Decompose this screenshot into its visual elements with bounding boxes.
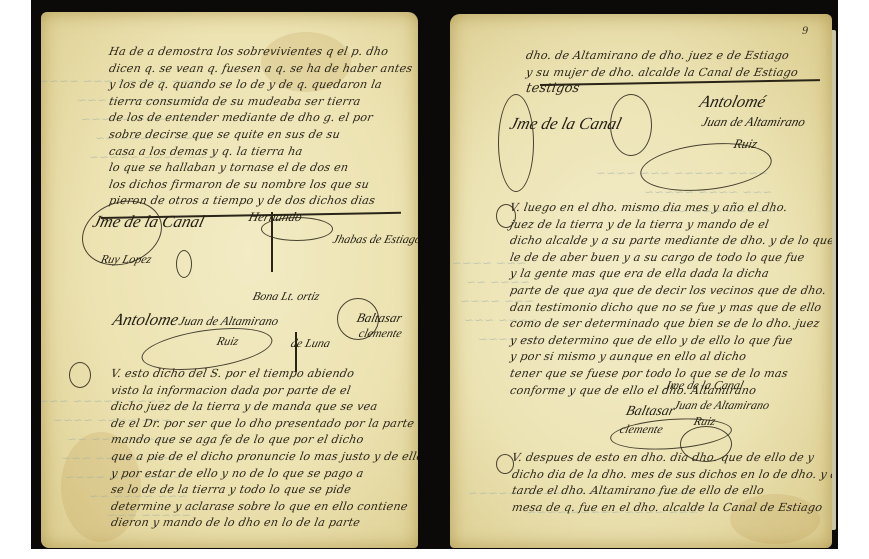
manuscript-line: y los de q. quando se lo de y de q. qued… bbox=[108, 77, 414, 94]
manuscript-line: parte de que aya que de decir los vecino… bbox=[509, 283, 832, 300]
signature: Baltasar bbox=[624, 404, 676, 420]
top-paragraph: Ha de a demostra los sobrevivientes q el… bbox=[109, 44, 412, 210]
signature-flourish bbox=[176, 250, 192, 278]
manuscript-line: Ha de a demostra los sobrevivientes q el… bbox=[108, 44, 414, 61]
top-paragraph: dho. de Altamirano de dho. juez e de Est… bbox=[526, 48, 798, 98]
bottom-paragraph: V. esto dicho del S. por el tiempo abien… bbox=[111, 366, 418, 532]
signature: Jhabas de Estiago bbox=[331, 232, 418, 247]
middle-paragraph: V. luego en el dho. mismo dia mes y año … bbox=[510, 200, 832, 399]
signature: Juan de Altamirano bbox=[700, 114, 807, 130]
manuscript-line: y esto determino que de ello y de ello l… bbox=[509, 333, 832, 350]
signature: Juan de Altamirano bbox=[177, 314, 280, 329]
paragraph-mark bbox=[496, 454, 514, 474]
manuscript-line: y la gente mas que era de ella dada la d… bbox=[509, 266, 832, 283]
manuscript-line: sobre decirse que se quite en sus de su bbox=[108, 127, 414, 144]
manuscript-line: V. esto dicho del S. por el tiempo abien… bbox=[110, 366, 418, 383]
signature: Antolome bbox=[111, 310, 181, 330]
signature: Bona Lt. ortiz bbox=[251, 289, 321, 304]
manuscript-line: dan testimonio dicho que no se fue y mas… bbox=[509, 300, 832, 317]
left-manuscript-page: ~~~ ~~~~~ ~~~ ~~~~~~~ ~~~~~~ ~~~~~~~ ~~~… bbox=[41, 12, 418, 548]
manuscript-line: mesa de q. fue en el dho. alcalde la Can… bbox=[511, 500, 832, 517]
manuscript-line: dieron y mando de lo dho en lo de la par… bbox=[110, 515, 418, 532]
manuscript-line: que a pie de el dicho pronuncie lo mas j… bbox=[110, 449, 418, 466]
manuscript-line: y por estar de ello y no de lo que se pa… bbox=[110, 466, 418, 483]
right-manuscript-page: 9 ~~~~ ~~~~~ ~~~ ~~~~~~~ ~~~~ ~~~~~~~~~~… bbox=[450, 14, 832, 548]
manuscript-line: lo que se hallaban y tornase el de dos e… bbox=[108, 160, 414, 177]
manuscript-line: juez de la tierra y de la tierra y mando… bbox=[509, 217, 832, 234]
manuscript-line: V. despues de esto en dho. dia dho. que … bbox=[511, 450, 832, 467]
manuscript-line: dicho alcalde y a su parte mediante de d… bbox=[509, 233, 832, 250]
paragraph-mark bbox=[69, 362, 91, 388]
manuscript-line: como de ser determinado que bien se de l… bbox=[509, 316, 832, 333]
manuscript-line: los dichos firmaron de su nombre los que… bbox=[108, 177, 414, 194]
signature: Juan de Altamirano bbox=[672, 398, 771, 413]
signature-flourish bbox=[610, 94, 652, 156]
manuscript-line: pieron de otros a tiempo y de dos dichos… bbox=[108, 193, 414, 210]
manuscript-line: le de de aber buen y a su cargo de todo … bbox=[509, 250, 832, 267]
manuscript-line: dicho dia de la dho. mes de sus dichos e… bbox=[511, 467, 832, 484]
manuscript-line: determine y aclarase sobre lo que en ell… bbox=[110, 499, 418, 516]
signature: Antolomé bbox=[698, 92, 768, 112]
manuscript-line: casa a los demas y q. la tierra ha bbox=[108, 144, 414, 161]
folio-number: 9 bbox=[802, 26, 808, 37]
manuscript-line: V. luego en el dho. mismo dia mes y año … bbox=[509, 200, 832, 217]
manuscript-line: visto la informacion dada por parte de e… bbox=[110, 383, 418, 400]
signature-flourish bbox=[498, 94, 534, 192]
manuscript-line: dicho juez de la tierra y de manda que s… bbox=[110, 399, 418, 416]
signature: Jme de la Canal bbox=[663, 378, 745, 393]
manuscript-line: tarde el dho. Altamirano fue de ello de … bbox=[511, 483, 832, 500]
manuscript-line: de los de entender mediante de dho g. el… bbox=[108, 110, 414, 127]
paragraph-mark bbox=[496, 204, 516, 228]
bottom-paragraph: V. despues de esto en dho. dia dho. que … bbox=[512, 450, 832, 516]
signature-flourish bbox=[337, 298, 379, 340]
manuscript-line: se lo de de la tierra y todo lo que se p… bbox=[110, 482, 418, 499]
manuscript-line: mando que se aga fe de lo que por el dic… bbox=[110, 432, 418, 449]
manuscript-line: y por si mismo y aunque en ello al dicho bbox=[509, 349, 832, 366]
manuscript-line: tierra consumida de su mudeaba ser tierr… bbox=[108, 94, 414, 111]
signature-stroke bbox=[271, 212, 273, 272]
manuscript-line: de el Dr. por ser que lo dho presentado … bbox=[110, 416, 418, 433]
manuscript-line: y su mujer de dho. alcalde la Canal de E… bbox=[525, 65, 800, 82]
manuscript-line: dho. de Altamirano de dho. juez e de Est… bbox=[525, 48, 800, 65]
manuscript-line: dicen q. se vean q. fuesen a q. se ha de… bbox=[108, 61, 414, 78]
